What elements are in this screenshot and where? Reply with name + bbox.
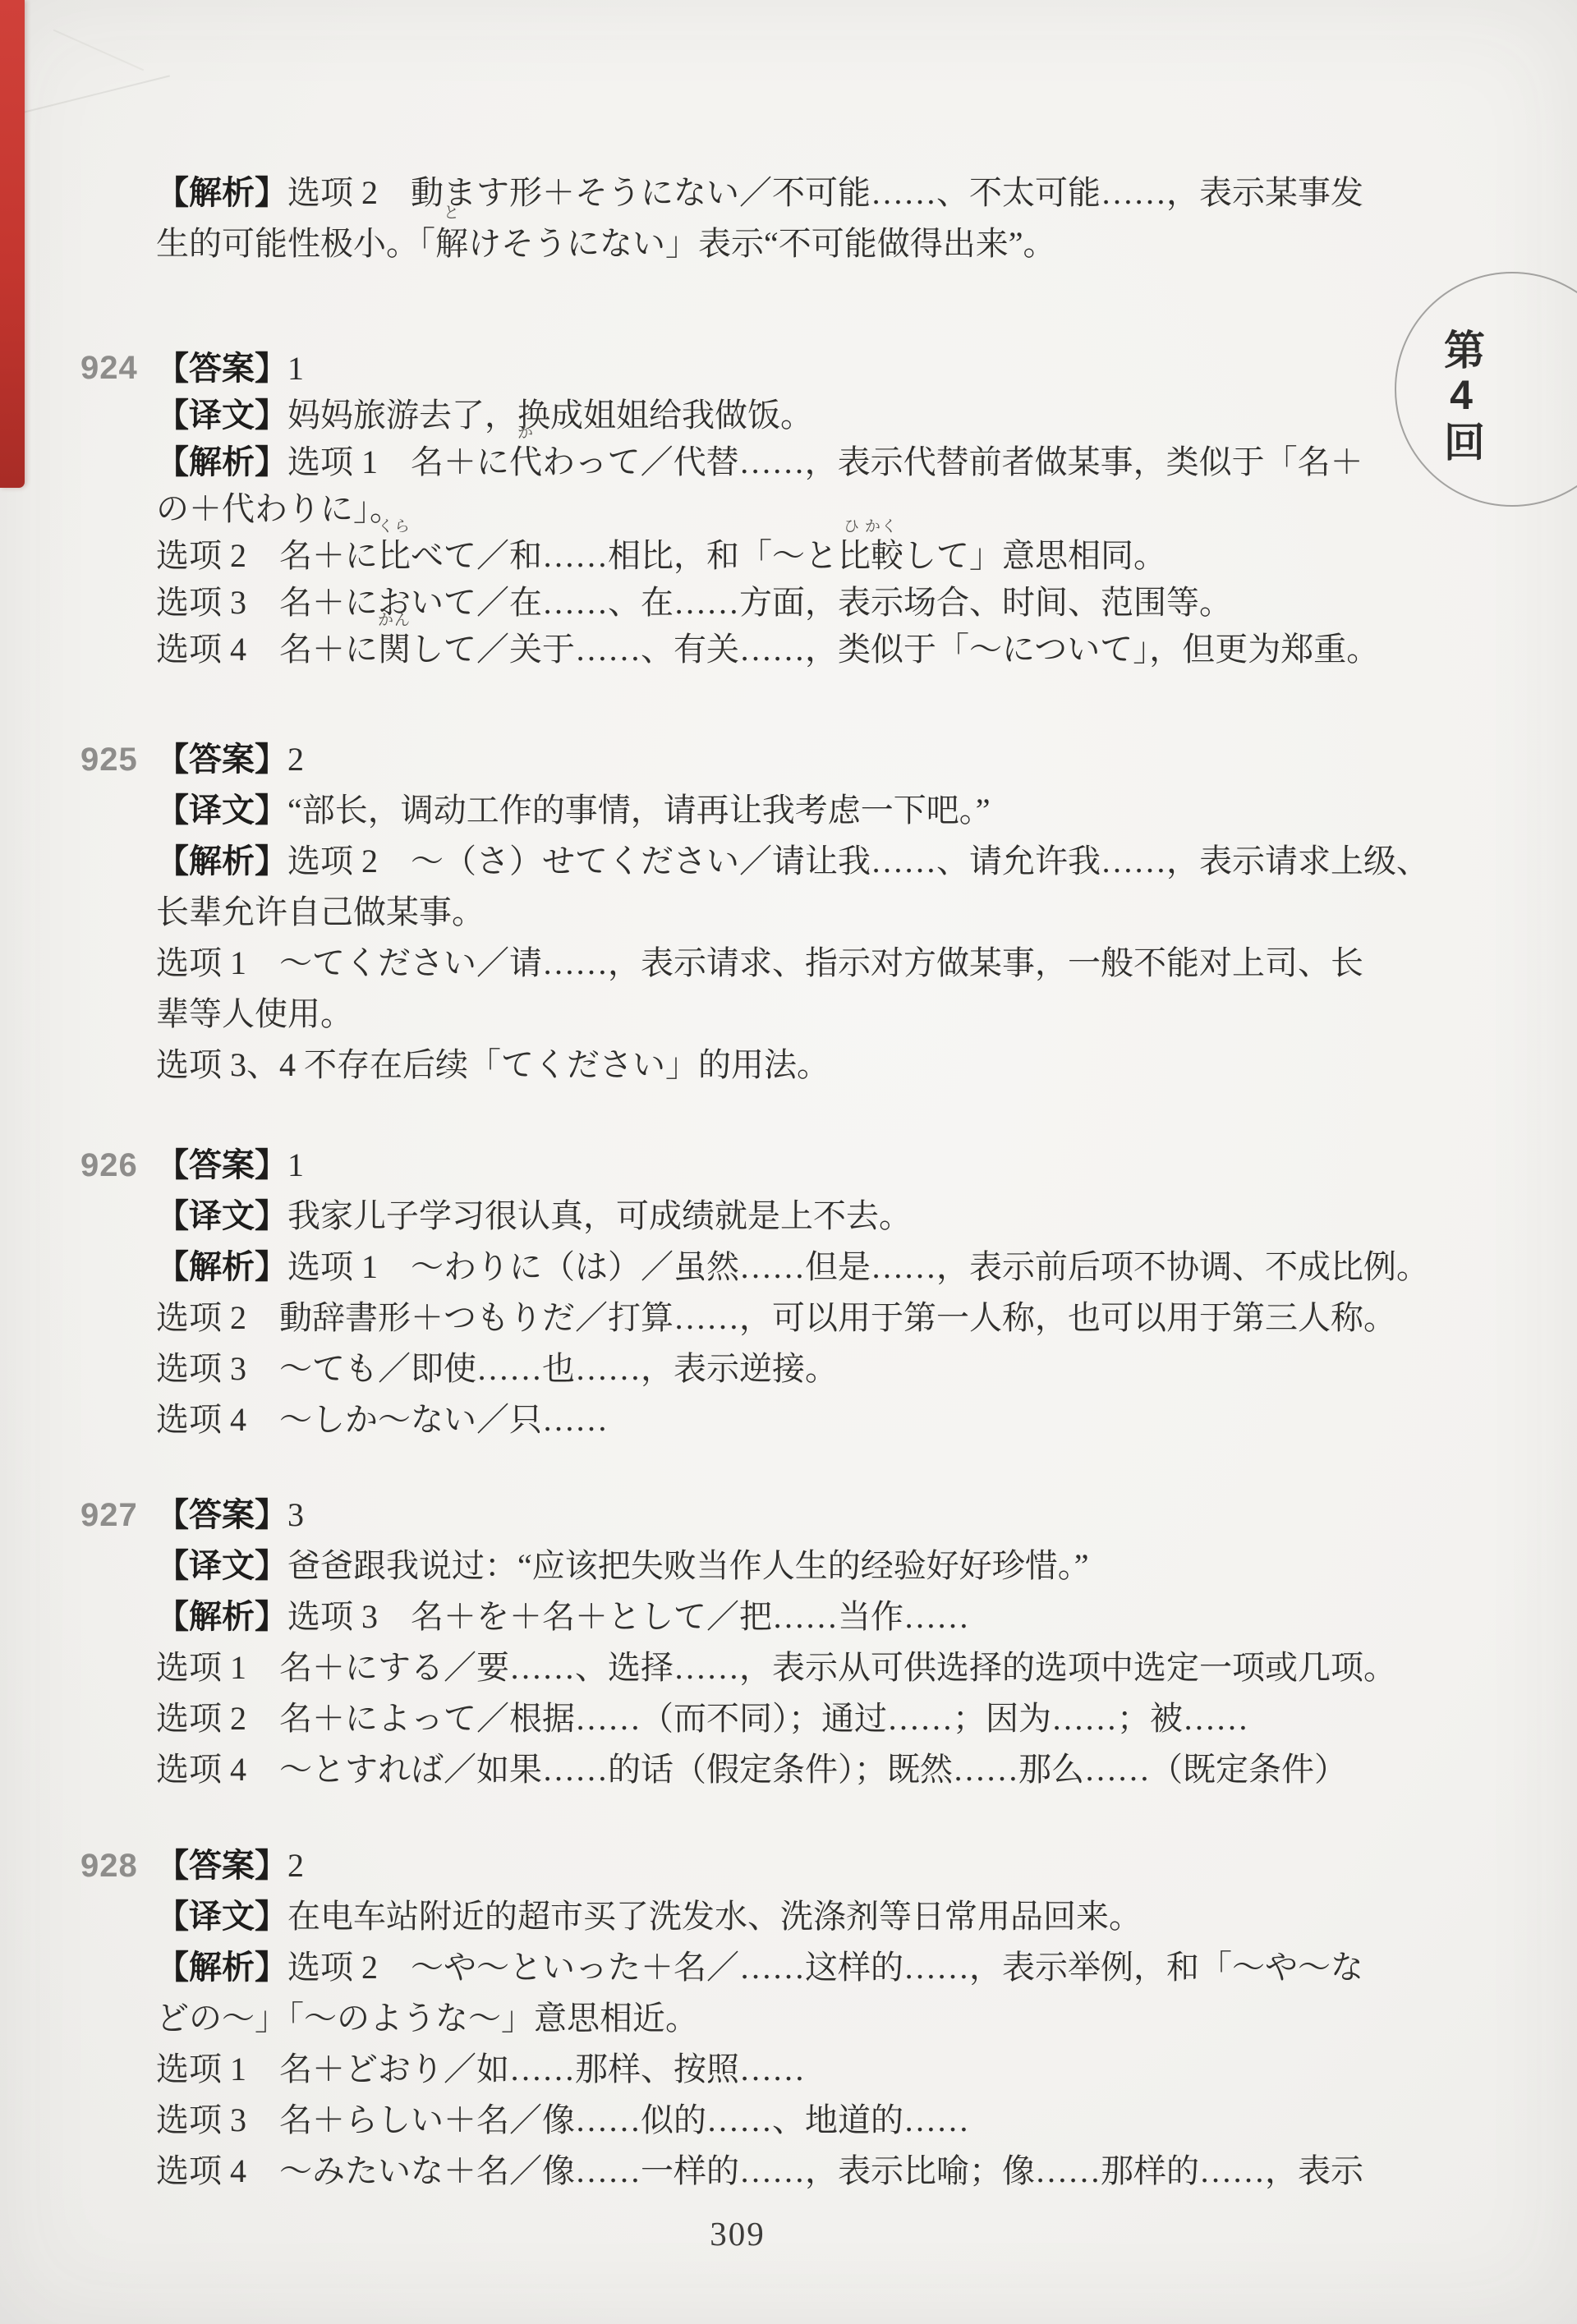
label: 【答案】 bbox=[156, 1496, 287, 1533]
label: 【译文】 bbox=[156, 1547, 287, 1584]
text-run: 选项 2 動辞書形＋つもりだ／打算……，可以用于第一人称，也可以用于第三人称。 bbox=[156, 1299, 1396, 1336]
text-line: 【解析】选项 1 名＋に代かわって／代替……，表示代替前者做某事，类似于「名＋ bbox=[156, 439, 1437, 485]
furigana: ひ かく bbox=[844, 519, 898, 535]
label: 【答案】 bbox=[156, 741, 287, 778]
text-run: けそうにない」表示“不可能做得出来”。 bbox=[468, 225, 1056, 262]
question-number: 928 bbox=[80, 1840, 153, 1891]
text-line: 928【答案】2 bbox=[156, 1840, 1437, 1891]
question-number: 924 bbox=[80, 345, 153, 392]
text-run: 1 bbox=[287, 350, 304, 387]
text-line: 选项 3 名＋らしい＋名／像……似的……、地道的…… bbox=[156, 2095, 1437, 2146]
ruby-base: 関かん bbox=[378, 626, 411, 673]
text-run: 选项 1 名＋にする／要……、选择……，表示从可供选择的选项中选定一项或几项。 bbox=[156, 1649, 1396, 1686]
furigana: か bbox=[517, 425, 534, 441]
text-line: 选项 1 名＋どおり／如……那样、按照…… bbox=[156, 2044, 1437, 2095]
text-run: 选项 3 名＋において／在……、在……方面，表示场合、时间、范围等。 bbox=[156, 584, 1232, 621]
label: 【答案】 bbox=[156, 350, 287, 387]
answer-block: 【解析】选项 2 動ます形＋そうにない／不可能……、不太可能……，表示某事发生的… bbox=[156, 168, 1437, 269]
label: 【译文】 bbox=[156, 1197, 287, 1234]
text-line: 长辈允许自己做某事。 bbox=[156, 887, 1437, 938]
text-run: 选项 4 ～みたいな＋名／像……一样的……，表示比喻；像……那样的……，表示 bbox=[156, 2152, 1363, 2189]
text-run: 选项 2 ～（さ）せてください／请让我……、请允许我……，表示请求上级、 bbox=[287, 843, 1429, 880]
text-line: 选项 4 名＋に関かんして／关于……、有关……，类似于「～について」，但更为郑重… bbox=[156, 626, 1437, 673]
text-line: 【解析】选项 1 ～わりに（は）／虽然……但是……，表示前后项不协调、不成比例。 bbox=[156, 1242, 1437, 1293]
book-page: 第4回 【解析】选项 2 動ます形＋そうにない／不可能……、不太可能……，表示某… bbox=[0, 0, 1577, 2324]
text-line: 选项 1 ～てください／请……，表示请求、指示对方做某事，一般不能对上司、长 bbox=[156, 938, 1437, 989]
text-run: 辈等人使用。 bbox=[156, 995, 353, 1032]
furigana: くら bbox=[378, 519, 411, 535]
text-line: 选项 4 ～みたいな＋名／像……一样的……，表示比喻；像……那样的……，表示 bbox=[156, 2146, 1437, 2197]
ruby-base: 比較ひ かく bbox=[838, 532, 903, 579]
text-line: 生的可能性极小。「解とけそうにない」表示“不可能做得出来”。 bbox=[156, 218, 1437, 269]
label: 【译文】 bbox=[156, 792, 287, 829]
text-line: 选项 2 名＋に比くらべて／和……相比，和「～と比較ひ かくして」意思相同。 bbox=[156, 532, 1437, 579]
text-line: 【译文】我家儿子学习很认真，可成绩就是上不去。 bbox=[156, 1191, 1437, 1242]
text-line: 【解析】选项 2 ～や～といった＋名／……这样的……，表示举例，和「～や～な bbox=[156, 1942, 1437, 1993]
text-run: 选项 1 ～てください／请……，表示请求、指示对方做某事，一般不能对上司、长 bbox=[156, 944, 1363, 981]
label: 【答案】 bbox=[156, 1847, 287, 1884]
text-line: 选项 4 ～しか～ない／只…… bbox=[156, 1394, 1437, 1445]
section-tab-label: 第4回 bbox=[1439, 328, 1483, 476]
scan-crease bbox=[0, 75, 170, 120]
text-run: どの～」「～のような～」意思相近。 bbox=[156, 2000, 698, 2037]
text-line: 【译文】爸爸跟我说过：“应该把失败当作人生的经验好好珍惜。” bbox=[156, 1541, 1437, 1591]
answer-explanations: 【解析】选项 2 動ます形＋そうにない／不可能……、不太可能……，表示某事发生的… bbox=[156, 0, 1437, 2324]
text-run: の＋代わりに」。 bbox=[156, 490, 402, 527]
label: 【解析】 bbox=[156, 1598, 287, 1635]
text-run: 在电车站附近的超市买了洗发水、洗涤剂等日常用品回来。 bbox=[287, 1898, 1142, 1935]
text-run: わって／代替……，表示代替前者做某事，类似于「名＋ bbox=[542, 443, 1363, 480]
text-line: 927【答案】3 bbox=[156, 1490, 1437, 1541]
text-run: 选项 2 ～や～といった＋名／……这样的……，表示举例，和「～や～な bbox=[287, 1949, 1363, 1986]
text-line: 925【答案】2 bbox=[156, 734, 1437, 785]
answer-block: 928【答案】2【译文】在电车站附近的超市买了洗发水、洗涤剂等日常用品回来。【解… bbox=[156, 1840, 1437, 2197]
text-line: 【解析】选项 2 動ます形＋そうにない／不可能……、不太可能……，表示某事发 bbox=[156, 168, 1437, 218]
text-line: 926【答案】1 bbox=[156, 1140, 1437, 1191]
ruby-base: 比くら bbox=[378, 532, 411, 579]
scan-crease bbox=[53, 30, 144, 71]
text-run: 选项 2 名＋に bbox=[156, 537, 378, 574]
text-line: 【解析】选项 2 ～（さ）せてください／请让我……、请允许我……，表示请求上级、 bbox=[156, 836, 1437, 887]
label: 【答案】 bbox=[156, 1146, 287, 1183]
text-run: 选项 3、4 不存在后续「てください」的用法。 bbox=[156, 1046, 830, 1083]
label: 【译文】 bbox=[156, 1898, 287, 1935]
text-line: の＋代わりに」。 bbox=[156, 485, 1437, 532]
label: 【解析】 bbox=[156, 174, 287, 211]
label: 【解析】 bbox=[156, 443, 287, 480]
label: 【解析】 bbox=[156, 1949, 287, 1986]
label: 【译文】 bbox=[156, 397, 287, 434]
answer-block: 925【答案】2【译文】“部长，调动工作的事情，请再让我考虑一下吧。”【解析】选… bbox=[156, 734, 1437, 1091]
text-run: 选项 2 名＋によって／根据……（而不同）；通过……；因为……；被…… bbox=[156, 1700, 1248, 1737]
text-run: 我家儿子学习很认真，可成绩就是上不去。 bbox=[287, 1197, 912, 1234]
text-run: 选项 1 名＋どおり／如……那样、按照…… bbox=[156, 2051, 805, 2087]
text-run: 选项 3 名＋を＋名＋として／把……当作…… bbox=[287, 1598, 969, 1635]
text-run: 2 bbox=[287, 1847, 304, 1884]
answer-block: 927【答案】3【译文】爸爸跟我说过：“应该把失败当作人生的经验好好珍惜。”【解… bbox=[156, 1490, 1437, 1795]
text-run: 长辈允许自己做某事。 bbox=[156, 893, 485, 930]
text-run: して」意思相同。 bbox=[903, 537, 1166, 574]
text-line: 【译文】在电车站附近的超市买了洗发水、洗涤剂等日常用品回来。 bbox=[156, 1891, 1437, 1942]
text-line: 选项 3 名＋において／在……、在……方面，表示场合、时间、范围等。 bbox=[156, 579, 1437, 626]
text-line: 【解析】选项 3 名＋を＋名＋として／把……当作…… bbox=[156, 1591, 1437, 1642]
text-run: 选项 4 名＋に bbox=[156, 631, 378, 668]
text-line: 选项 1 名＋にする／要……、选择……，表示从可供选择的选项中选定一项或几项。 bbox=[156, 1642, 1437, 1693]
text-line: 选项 2 名＋によって／根据……（而不同）；通过……；因为……；被…… bbox=[156, 1693, 1437, 1744]
label: 【解析】 bbox=[156, 843, 287, 880]
text-line: 选项 3、4 不存在后续「てください」的用法。 bbox=[156, 1040, 1437, 1091]
text-run: べて／和……相比，和「～と bbox=[411, 537, 838, 574]
text-run: して／关于……、有关……，类似于「～について」，但更为郑重。 bbox=[411, 631, 1379, 668]
adjacent-page-edge bbox=[0, 0, 25, 488]
furigana: と bbox=[444, 205, 460, 221]
text-run: 选项 4 ～しか～ない／只…… bbox=[156, 1401, 608, 1438]
text-run: 选项 3 ～ても／即使……也……，表示逆接。 bbox=[156, 1350, 838, 1387]
text-run: 1 bbox=[287, 1146, 304, 1183]
text-line: 辈等人使用。 bbox=[156, 989, 1437, 1040]
text-run: 选项 3 名＋らしい＋名／像……似的……、地道的…… bbox=[156, 2101, 969, 2138]
text-line: 选项 2 動辞書形＋つもりだ／打算……，可以用于第一人称，也可以用于第三人称。 bbox=[156, 1293, 1437, 1343]
label: 【解析】 bbox=[156, 1248, 287, 1285]
text-run: 3 bbox=[287, 1496, 304, 1533]
text-run: 生的可能性极小。「 bbox=[156, 225, 435, 262]
furigana: かん bbox=[378, 613, 411, 628]
text-line: 【译文】“部长，调动工作的事情，请再让我考虑一下吧。” bbox=[156, 785, 1437, 836]
question-number: 925 bbox=[80, 734, 153, 785]
text-run: 选项 4 ～とすれば／如果……的话（假定条件）；既然……那么……（既定条件） bbox=[156, 1751, 1347, 1788]
text-run: 2 bbox=[287, 741, 304, 778]
text-line: 【译文】妈妈旅游去了，换成姐姐给我做饭。 bbox=[156, 392, 1437, 439]
text-run: 妈妈旅游去了，换成姐姐给我做饭。 bbox=[287, 397, 813, 434]
text-line: 选项 4 ～とすれば／如果……的话（假定条件）；既然……那么……（既定条件） bbox=[156, 1744, 1437, 1795]
answer-block: 924【答案】1【译文】妈妈旅游去了，换成姐姐给我做饭。【解析】选项 1 名＋に… bbox=[156, 345, 1437, 673]
text-line: どの～」「～のような～」意思相近。 bbox=[156, 1993, 1437, 2044]
answer-block: 926【答案】1【译文】我家儿子学习很认真，可成绩就是上不去。【解析】选项 1 … bbox=[156, 1140, 1437, 1445]
text-line: 924【答案】1 bbox=[156, 345, 1437, 392]
question-number: 926 bbox=[80, 1140, 153, 1191]
text-run: 选项 1 ～わりに（は）／虽然……但是……，表示前后项不协调、不成比例。 bbox=[287, 1248, 1429, 1285]
question-number: 927 bbox=[80, 1490, 153, 1541]
text-line: 选项 3 ～ても／即使……也……，表示逆接。 bbox=[156, 1343, 1437, 1394]
text-run: 选项 1 名＋に bbox=[287, 443, 509, 480]
text-run: “部长，调动工作的事情，请再让我考虑一下吧。” bbox=[287, 792, 991, 829]
text-run: 爸爸跟我说过：“应该把失败当作人生的经验好好珍惜。” bbox=[287, 1547, 1089, 1584]
ruby-base: 代か bbox=[509, 439, 542, 485]
ruby-base: 解と bbox=[435, 218, 468, 269]
